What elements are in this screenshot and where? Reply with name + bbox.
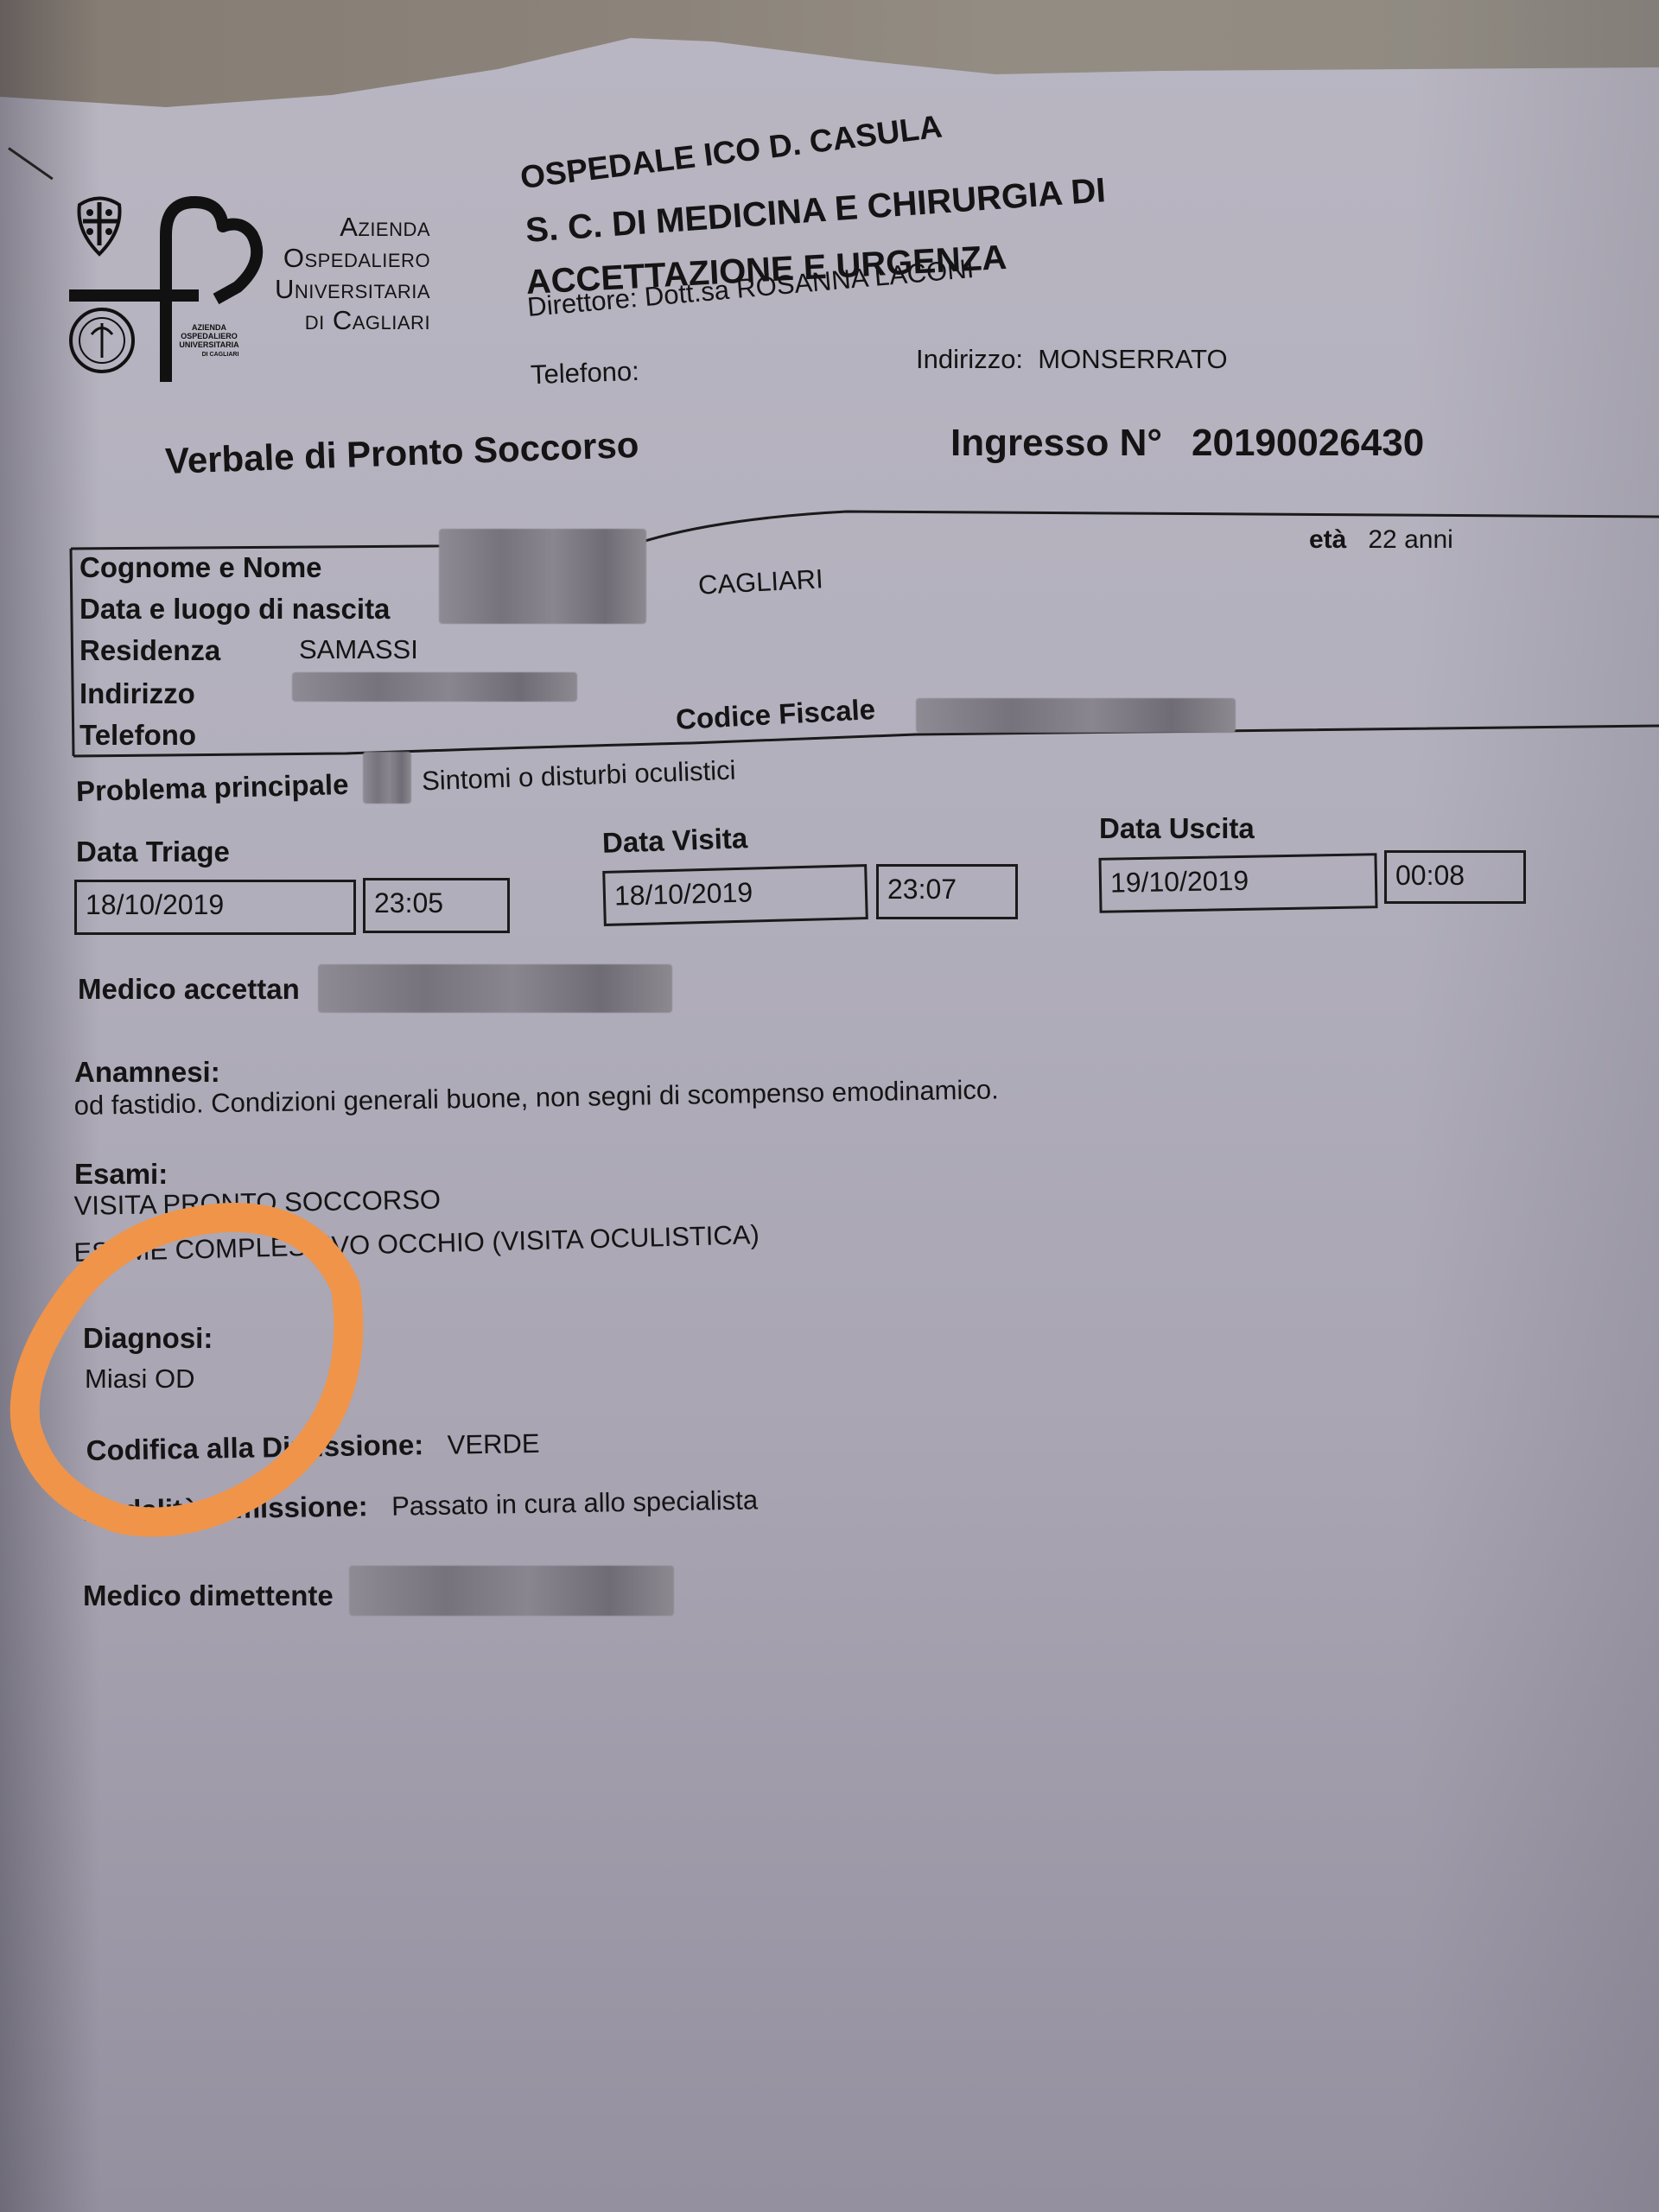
ingresso-label: Ingresso N° (950, 422, 1162, 464)
data-visita-label: Data Visita (601, 822, 747, 860)
org-line: Ospedaliero (275, 243, 430, 274)
data-uscita-time-field: 00:08 (1384, 850, 1526, 904)
redacted-codice-fiscale (916, 698, 1236, 733)
modalita-label: Modalità Dimissione: (82, 1490, 368, 1527)
residenza-value: SAMASSI (299, 634, 418, 665)
data-uscita-label: Data Uscita (1099, 812, 1255, 845)
data-visita-time-field: 23:07 (876, 864, 1018, 919)
indirizzo-label: Indirizzo (79, 677, 195, 710)
data-triage-time: 23:05 (374, 887, 443, 918)
eta-label: età (1309, 525, 1346, 554)
codifica-label: Codifica alla Dimissione: (86, 1428, 423, 1466)
codifica-value: VERDE (447, 1428, 539, 1460)
svg-text:DI CAGLIARI: DI CAGLIARI (202, 352, 239, 358)
redacted-medico-accettante (318, 964, 672, 1013)
diagnosi-label: Diagnosi: (83, 1322, 213, 1355)
modalita-value: Passato in cura allo specialista (391, 1484, 758, 1521)
nascita-place: CAGLIARI (697, 563, 823, 601)
data-uscita-date: 19/10/2019 (1110, 865, 1249, 899)
org-line: di Cagliari (275, 305, 430, 336)
ingresso-value: 20190026430 (1192, 422, 1424, 464)
residenza-label: Residenza (79, 634, 220, 667)
anamnesi-label: Anamnesi: (74, 1056, 220, 1089)
data-visita-date-field: 18/10/2019 (602, 864, 868, 926)
svg-text:AZIENDA: AZIENDA (192, 323, 226, 332)
header-indirizzo: Indirizzo: MONSERRATO (916, 344, 1228, 375)
data-triage-time-field: 23:05 (363, 878, 510, 933)
header-telefono-label: Telefono: (530, 356, 639, 391)
org-line: Universitaria (275, 274, 430, 305)
header-indirizzo-value: MONSERRATO (1038, 344, 1227, 374)
organization-name: Azienda Ospedaliero Universitaria di Cag… (275, 212, 430, 336)
data-triage-label: Data Triage (76, 836, 230, 868)
data-visita-date: 18/10/2019 (613, 876, 753, 911)
cognome-nome-label: Cognome e Nome (79, 551, 322, 584)
org-line: Azienda (275, 212, 430, 243)
telefono-label: Telefono (79, 719, 196, 752)
esami-label: Esami: (74, 1158, 168, 1191)
medico-accettante-label: Medico accettan (78, 973, 300, 1006)
redacted-address (292, 672, 577, 702)
ingresso-number: Ingresso N°20190026430 (950, 422, 1424, 465)
nascita-label: Data e luogo di nascita (79, 593, 390, 626)
redacted-problem-code (363, 752, 411, 804)
diagnosi-value: Miasi OD (85, 1363, 194, 1395)
svg-text:OSPEDALIERO: OSPEDALIERO (181, 332, 238, 340)
data-visita-time: 23:07 (887, 874, 957, 905)
eta: età 22 anni (1309, 525, 1453, 555)
data-triage-date-field: 18/10/2019 (74, 880, 356, 935)
data-uscita-time: 00:08 (1395, 860, 1465, 891)
redacted-name-birthdate (439, 529, 646, 624)
eta-value: 22 anni (1368, 525, 1452, 554)
esami-item: VISITA PRONTO SOCCORSO (73, 1185, 441, 1222)
hospital-logo-icon: AZIENDA OSPEDALIERO UNIVERSITARIA DI CAG… (69, 192, 268, 382)
data-uscita-date-field: 19/10/2019 (1098, 853, 1377, 913)
data-triage-date: 18/10/2019 (86, 889, 224, 920)
medico-dimettente-label: Medico dimettente (83, 1580, 334, 1612)
redacted-medico-dimettente (349, 1566, 674, 1616)
header-indirizzo-label: Indirizzo: (916, 344, 1023, 374)
svg-text:UNIVERSITARIA: UNIVERSITARIA (179, 340, 239, 349)
